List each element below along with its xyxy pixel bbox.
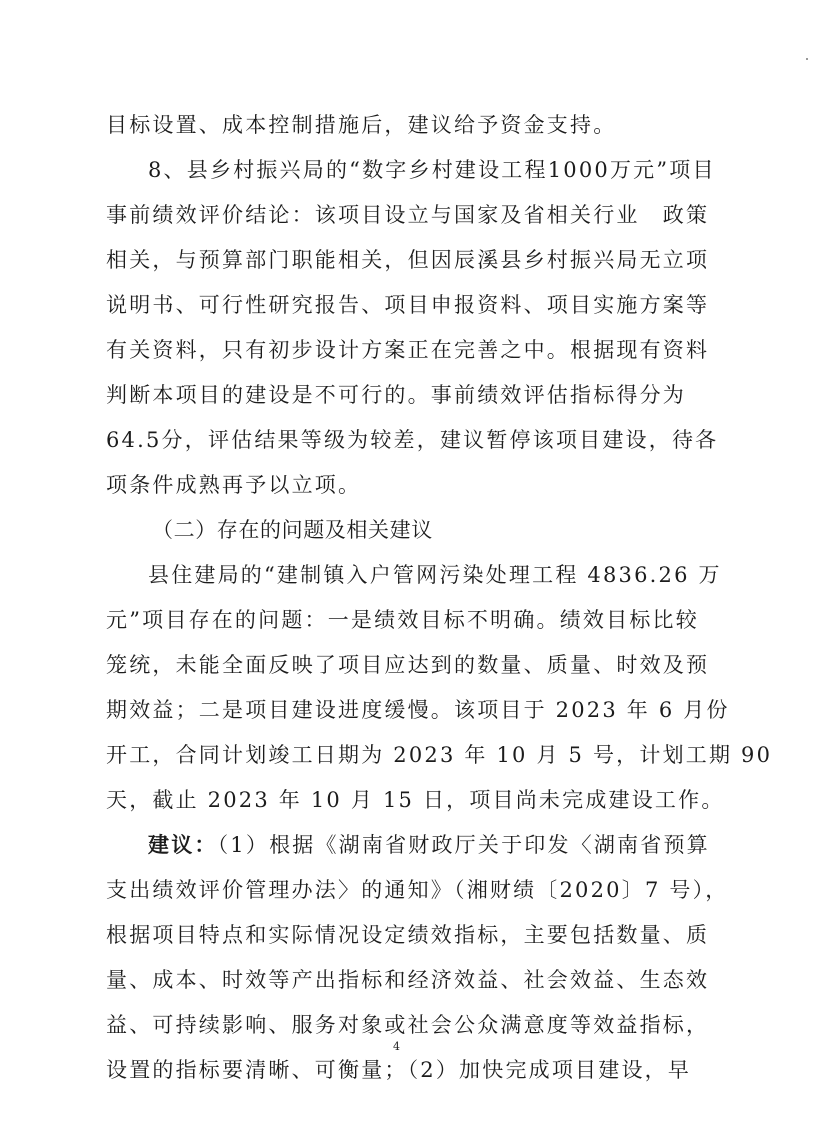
paragraph-line: 量、成本、时效等产出指标和经济效益、社会效益、生态效 — [106, 965, 706, 995]
paragraph-line: 相关，与预算部门职能相关，但因辰溪县乡村振兴局无立项 — [106, 245, 706, 275]
paragraph-line: 64.5分，评估结果等级为较差，建议暂停该项目建设，待各 — [106, 425, 706, 455]
paragraph-line: 开工，合同计划竣工日期为 2023 年 10 月 5 号，计划工期 90 — [106, 740, 706, 770]
paragraph-line: 县住建局的“建制镇入户管网污染处理工程 4836.26 万 — [148, 560, 748, 590]
document-page: 目标设置、成本控制措施后，建议给予资金支持。 8、县乡村振兴局的“数字乡村建设工… — [0, 0, 816, 1121]
section-heading: （二）存在的问题及相关建议 — [152, 515, 752, 545]
paragraph-line: 设置的指标要清晰、可衡量；（2）加快完成项目建设，早 — [106, 1055, 706, 1085]
paragraph-line: 8、县乡村振兴局的“数字乡村建设工程1000万元”项目 — [148, 155, 748, 185]
suggestion-text: （1）根据《湖南省财政厅关于印发〈湖南省预算 — [218, 833, 710, 857]
suggestion-line: 建议：（1）根据《湖南省财政厅关于印发〈湖南省预算 — [148, 830, 748, 860]
paragraph-line: 期效益；二是项目建设进度缓慢。该项目于 2023 年 6 月份 — [106, 695, 706, 725]
paragraph-line: 目标设置、成本控制措施后，建议给予资金支持。 — [106, 110, 706, 140]
paragraph-line: 项条件成熟再予以立项。 — [106, 470, 706, 500]
paragraph-line: 支出绩效评价管理办法〉的通知》（湘财绩〔2020〕7 号）， — [106, 875, 706, 905]
paragraph-line: 事前绩效评价结论：该项目设立与国家及省相关行业 政策 — [106, 200, 706, 230]
paragraph-line: 笼统，未能全面反映了项目应达到的数量、质量、时效及预 — [106, 650, 706, 680]
scan-speck — [806, 58, 808, 60]
paragraph-line: 根据项目特点和实际情况设定绩效指标，主要包括数量、质 — [106, 920, 706, 950]
paragraph-line: 元”项目存在的问题：一是绩效目标不明确。绩效目标比较 — [106, 605, 706, 635]
paragraph-line: 判断本项目的建设是不可行的。事前绩效评估指标得分为 — [106, 380, 706, 410]
page-number: 4 — [393, 1040, 400, 1053]
paragraph-line: 天，截止 2023 年 10 月 15 日，项目尚未完成建设工作。 — [106, 785, 706, 815]
paragraph-line: 说明书、可行性研究报告、项目申报资料、项目实施方案等 — [106, 290, 706, 320]
paragraph-line: 益、可持续影响、服务对象或社会公众满意度等效益指标， — [106, 1010, 706, 1040]
paragraph-line: 有关资料，只有初步设计方案正在完善之中。根据现有资料 — [106, 335, 706, 365]
suggestion-label: 建议： — [148, 832, 218, 857]
